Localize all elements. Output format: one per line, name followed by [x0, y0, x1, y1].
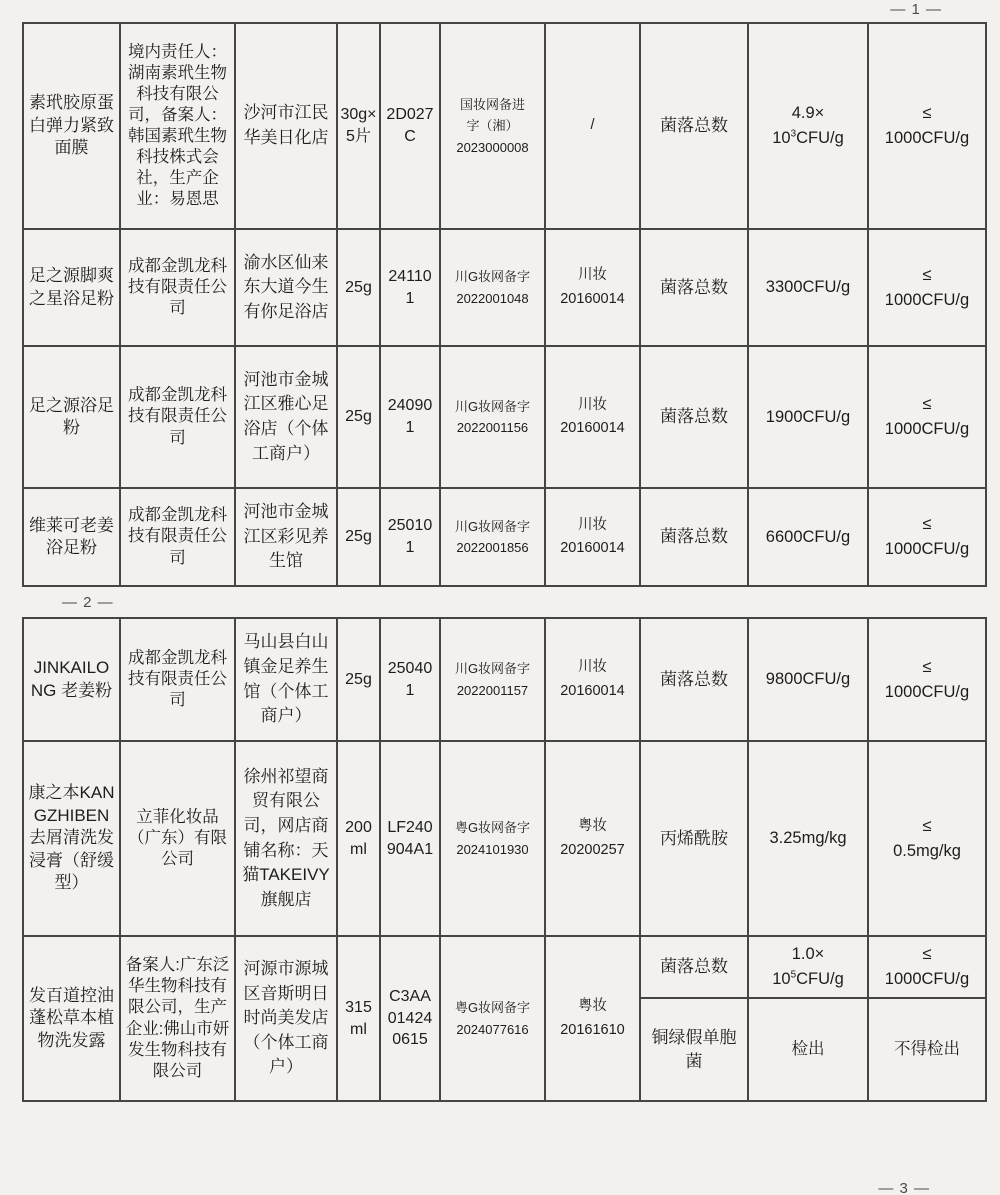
test-item-cell: 菌落总数	[640, 23, 748, 229]
limit-line: ≤	[873, 942, 981, 967]
limit-line: ≤	[873, 101, 981, 126]
store-cell: 河池市金城江区雅心足浴店（个体工商户）	[235, 346, 337, 488]
reg-line: 国妆网备进	[443, 94, 542, 115]
spec-cell: 200ml	[337, 741, 380, 936]
store-cell: 沙河市江民华美日化店	[235, 23, 337, 229]
spec-cell: 25g	[337, 488, 380, 586]
reg-line: 2022001048	[443, 288, 542, 309]
limit-cell: ≤ 1000CFU/g	[868, 936, 986, 998]
table-row: 康之本KANGZHIBEN 去屑清洗发浸膏（舒缓型） 立菲化妆品（广东）有限公司…	[23, 741, 986, 936]
product-name-cell: 发百道控油蓬松草本植物洗发露	[23, 936, 120, 1101]
page-number-2: — 2 —	[62, 594, 114, 611]
reg-line: 粤G妆网备字	[443, 997, 542, 1018]
reg-line: 川G妆网备字	[443, 516, 542, 537]
table-row: 素玳胶原蛋白弹力紧致面膜 境内责任人：湖南素玳生物科技有限公司，备案人：韩国素玳…	[23, 23, 986, 229]
page-number-3: — 3 —	[878, 1180, 930, 1195]
company-cell: 成都金凯龙科技有限责任公司	[120, 229, 235, 346]
appr-line: 20161610	[550, 1019, 635, 1042]
appr-line: /	[550, 114, 635, 137]
test-item-cell: 菌落总数	[640, 346, 748, 488]
spec-cell: 315ml	[337, 936, 380, 1101]
product-name-cell: JINKAILONG 老姜粉	[23, 618, 120, 741]
result-unit: CFU/g	[796, 129, 844, 147]
appr-line: 20160014	[550, 680, 635, 703]
limit-line: ≤	[873, 263, 981, 288]
limit-line: ≤	[873, 814, 981, 839]
limit-cell: 不得检出	[868, 998, 986, 1101]
company-cell: 成都金凯龙科技有限责任公司	[120, 618, 235, 741]
sample-results-table-page2: JINKAILONG 老姜粉 成都金凯龙科技有限责任公司 马山县白山镇金足养生馆…	[22, 617, 987, 1102]
page-number-1: — 1 —	[890, 1, 942, 18]
company-cell: 成都金凯龙科技有限责任公司	[120, 488, 235, 586]
result-line: 105CFU/g	[753, 967, 863, 992]
company-cell: 立菲化妆品（广东）有限公司	[120, 741, 235, 936]
limit-cell: ≤ 1000CFU/g	[868, 488, 986, 586]
table-row: 发百道控油蓬松草本植物洗发露 备案人:广东泛华生物科技有限公司，生产企业:佛山市…	[23, 936, 986, 998]
limit-cell: ≤ 0.5mg/kg	[868, 741, 986, 936]
store-cell: 河池市金城江区彩见养生馆	[235, 488, 337, 586]
registration-number-cell: 粤G妆网备字 2024101930	[440, 741, 545, 936]
product-name-cell: 足之源脚爽之星浴足粉	[23, 229, 120, 346]
test-item-cell: 菌落总数	[640, 618, 748, 741]
test-result-cell: 3300CFU/g	[748, 229, 868, 346]
registration-number-cell: 川G妆网备字 2022001856	[440, 488, 545, 586]
appr-line: 20200257	[550, 839, 635, 862]
reg-line: 字（湘）	[443, 115, 542, 136]
batch-cell: 2D027C	[380, 23, 440, 229]
approval-number-cell: 川妆 20160014	[545, 229, 640, 346]
test-item-cell: 丙烯酰胺	[640, 741, 748, 936]
store-cell: 渝水区仙来东大道今生有你足浴店	[235, 229, 337, 346]
approval-number-cell: /	[545, 23, 640, 229]
test-result-cell: 1.0× 105CFU/g	[748, 936, 868, 998]
test-item-cell: 菌落总数	[640, 936, 748, 998]
appr-line: 川妆	[550, 514, 635, 537]
registration-number-cell: 川G妆网备字 2022001048	[440, 229, 545, 346]
appr-line: 川妆	[550, 656, 635, 679]
result-line: 4.9×	[753, 101, 863, 126]
appr-line: 20160014	[550, 417, 635, 440]
test-item-cell: 菌落总数	[640, 488, 748, 586]
limit-line: ≤	[873, 655, 981, 680]
limit-line: 不得检出	[873, 1037, 981, 1062]
company-cell: 备案人:广东泛华生物科技有限公司，生产企业:佛山市妍发生物科技有限公司	[120, 936, 235, 1101]
document-page: — 1 — 素玳胶原蛋白弹力紧致面膜 境内责任人：湖南素玳生物科技有限公司，备案…	[0, 0, 1000, 1195]
table-row: 足之源脚爽之星浴足粉 成都金凯龙科技有限责任公司 渝水区仙来东大道今生有你足浴店…	[23, 229, 986, 346]
product-name-cell: 素玳胶原蛋白弹力紧致面膜	[23, 23, 120, 229]
sample-results-table-page1: 素玳胶原蛋白弹力紧致面膜 境内责任人：湖南素玳生物科技有限公司，备案人：韩国素玳…	[22, 22, 987, 587]
batch-cell: 240901	[380, 346, 440, 488]
limit-line: 1000CFU/g	[873, 967, 981, 992]
test-item-cell: 铜绿假单胞菌	[640, 998, 748, 1101]
store-cell: 河源市源城区音斯明日时尚美发店（个体工商户）	[235, 936, 337, 1101]
limit-line: ≤	[873, 392, 981, 417]
result-line: 1.0×	[753, 942, 863, 967]
limit-cell: ≤ 1000CFU/g	[868, 346, 986, 488]
spec-cell: 25g	[337, 346, 380, 488]
appr-line: 20160014	[550, 537, 635, 560]
table-row: JINKAILONG 老姜粉 成都金凯龙科技有限责任公司 马山县白山镇金足养生馆…	[23, 618, 986, 741]
limit-line: 0.5mg/kg	[873, 839, 981, 864]
reg-line: 2023000008	[443, 137, 542, 158]
spec-cell: 25g	[337, 618, 380, 741]
reg-line: 川G妆网备字	[443, 396, 542, 417]
batch-cell: LF240904A1	[380, 741, 440, 936]
approval-number-cell: 川妆 20160014	[545, 618, 640, 741]
approval-number-cell: 粤妆 20200257	[545, 741, 640, 936]
result-base: 10	[772, 129, 790, 147]
batch-cell: 250401	[380, 618, 440, 741]
approval-number-cell: 川妆 20160014	[545, 488, 640, 586]
limit-cell: ≤ 1000CFU/g	[868, 618, 986, 741]
result-base: 10	[772, 970, 790, 988]
batch-cell: C3AA014240615	[380, 936, 440, 1101]
appr-line: 20160014	[550, 288, 635, 311]
batch-cell: 250101	[380, 488, 440, 586]
limit-line: 1000CFU/g	[873, 288, 981, 313]
result-line: 103CFU/g	[753, 126, 863, 151]
reg-line: 2024077616	[443, 1019, 542, 1040]
batch-cell: 241101	[380, 229, 440, 346]
reg-line: 2022001157	[443, 680, 542, 701]
product-name-cell: 维莱可老姜浴足粉	[23, 488, 120, 586]
limit-cell: ≤ 1000CFU/g	[868, 229, 986, 346]
spec-cell: 30g×5片	[337, 23, 380, 229]
test-result-cell: 1900CFU/g	[748, 346, 868, 488]
limit-line: 1000CFU/g	[873, 537, 981, 562]
approval-number-cell: 粤妆 20161610	[545, 936, 640, 1101]
test-result-cell: 4.9× 103CFU/g	[748, 23, 868, 229]
limit-line: 1000CFU/g	[873, 126, 981, 151]
company-cell: 成都金凯龙科技有限责任公司	[120, 346, 235, 488]
registration-number-cell: 川G妆网备字 2022001156	[440, 346, 545, 488]
reg-line: 2022001856	[443, 537, 542, 558]
reg-line: 粤G妆网备字	[443, 817, 542, 838]
registration-number-cell: 川G妆网备字 2022001157	[440, 618, 545, 741]
table-row: 足之源浴足粉 成都金凯龙科技有限责任公司 河池市金城江区雅心足浴店（个体工商户）…	[23, 346, 986, 488]
reg-line: 2022001156	[443, 417, 542, 438]
limit-line: 1000CFU/g	[873, 417, 981, 442]
reg-line: 2024101930	[443, 839, 542, 860]
appr-line: 粤妆	[550, 815, 635, 838]
limit-line: ≤	[873, 512, 981, 537]
test-result-cell: 6600CFU/g	[748, 488, 868, 586]
company-cell: 境内责任人：湖南素玳生物科技有限公司，备案人：韩国素玳生物科技株式会社，生产企业…	[120, 23, 235, 229]
reg-line: 川G妆网备字	[443, 658, 542, 679]
limit-line: 1000CFU/g	[873, 680, 981, 705]
appr-line: 川妆	[550, 394, 635, 417]
store-cell: 马山县白山镇金足养生馆（个体工商户）	[235, 618, 337, 741]
result-unit: CFU/g	[796, 970, 844, 988]
reg-line: 川G妆网备字	[443, 266, 542, 287]
test-result-cell: 9800CFU/g	[748, 618, 868, 741]
registration-number-cell: 国妆网备进 字（湘） 2023000008	[440, 23, 545, 229]
store-cell: 徐州祁望商贸有限公司，网店商铺名称：天猫TAKEIVY旗舰店	[235, 741, 337, 936]
test-result-cell: 3.25mg/kg	[748, 741, 868, 936]
appr-line: 粤妆	[550, 995, 635, 1018]
registration-number-cell: 粤G妆网备字 2024077616	[440, 936, 545, 1101]
spec-cell: 25g	[337, 229, 380, 346]
product-name-cell: 康之本KANGZHIBEN 去屑清洗发浸膏（舒缓型）	[23, 741, 120, 936]
test-result-cell: 检出	[748, 998, 868, 1101]
table-row: 维莱可老姜浴足粉 成都金凯龙科技有限责任公司 河池市金城江区彩见养生馆 25g …	[23, 488, 986, 586]
approval-number-cell: 川妆 20160014	[545, 346, 640, 488]
product-name-cell: 足之源浴足粉	[23, 346, 120, 488]
limit-cell: ≤ 1000CFU/g	[868, 23, 986, 229]
test-item-cell: 菌落总数	[640, 229, 748, 346]
appr-line: 川妆	[550, 264, 635, 287]
